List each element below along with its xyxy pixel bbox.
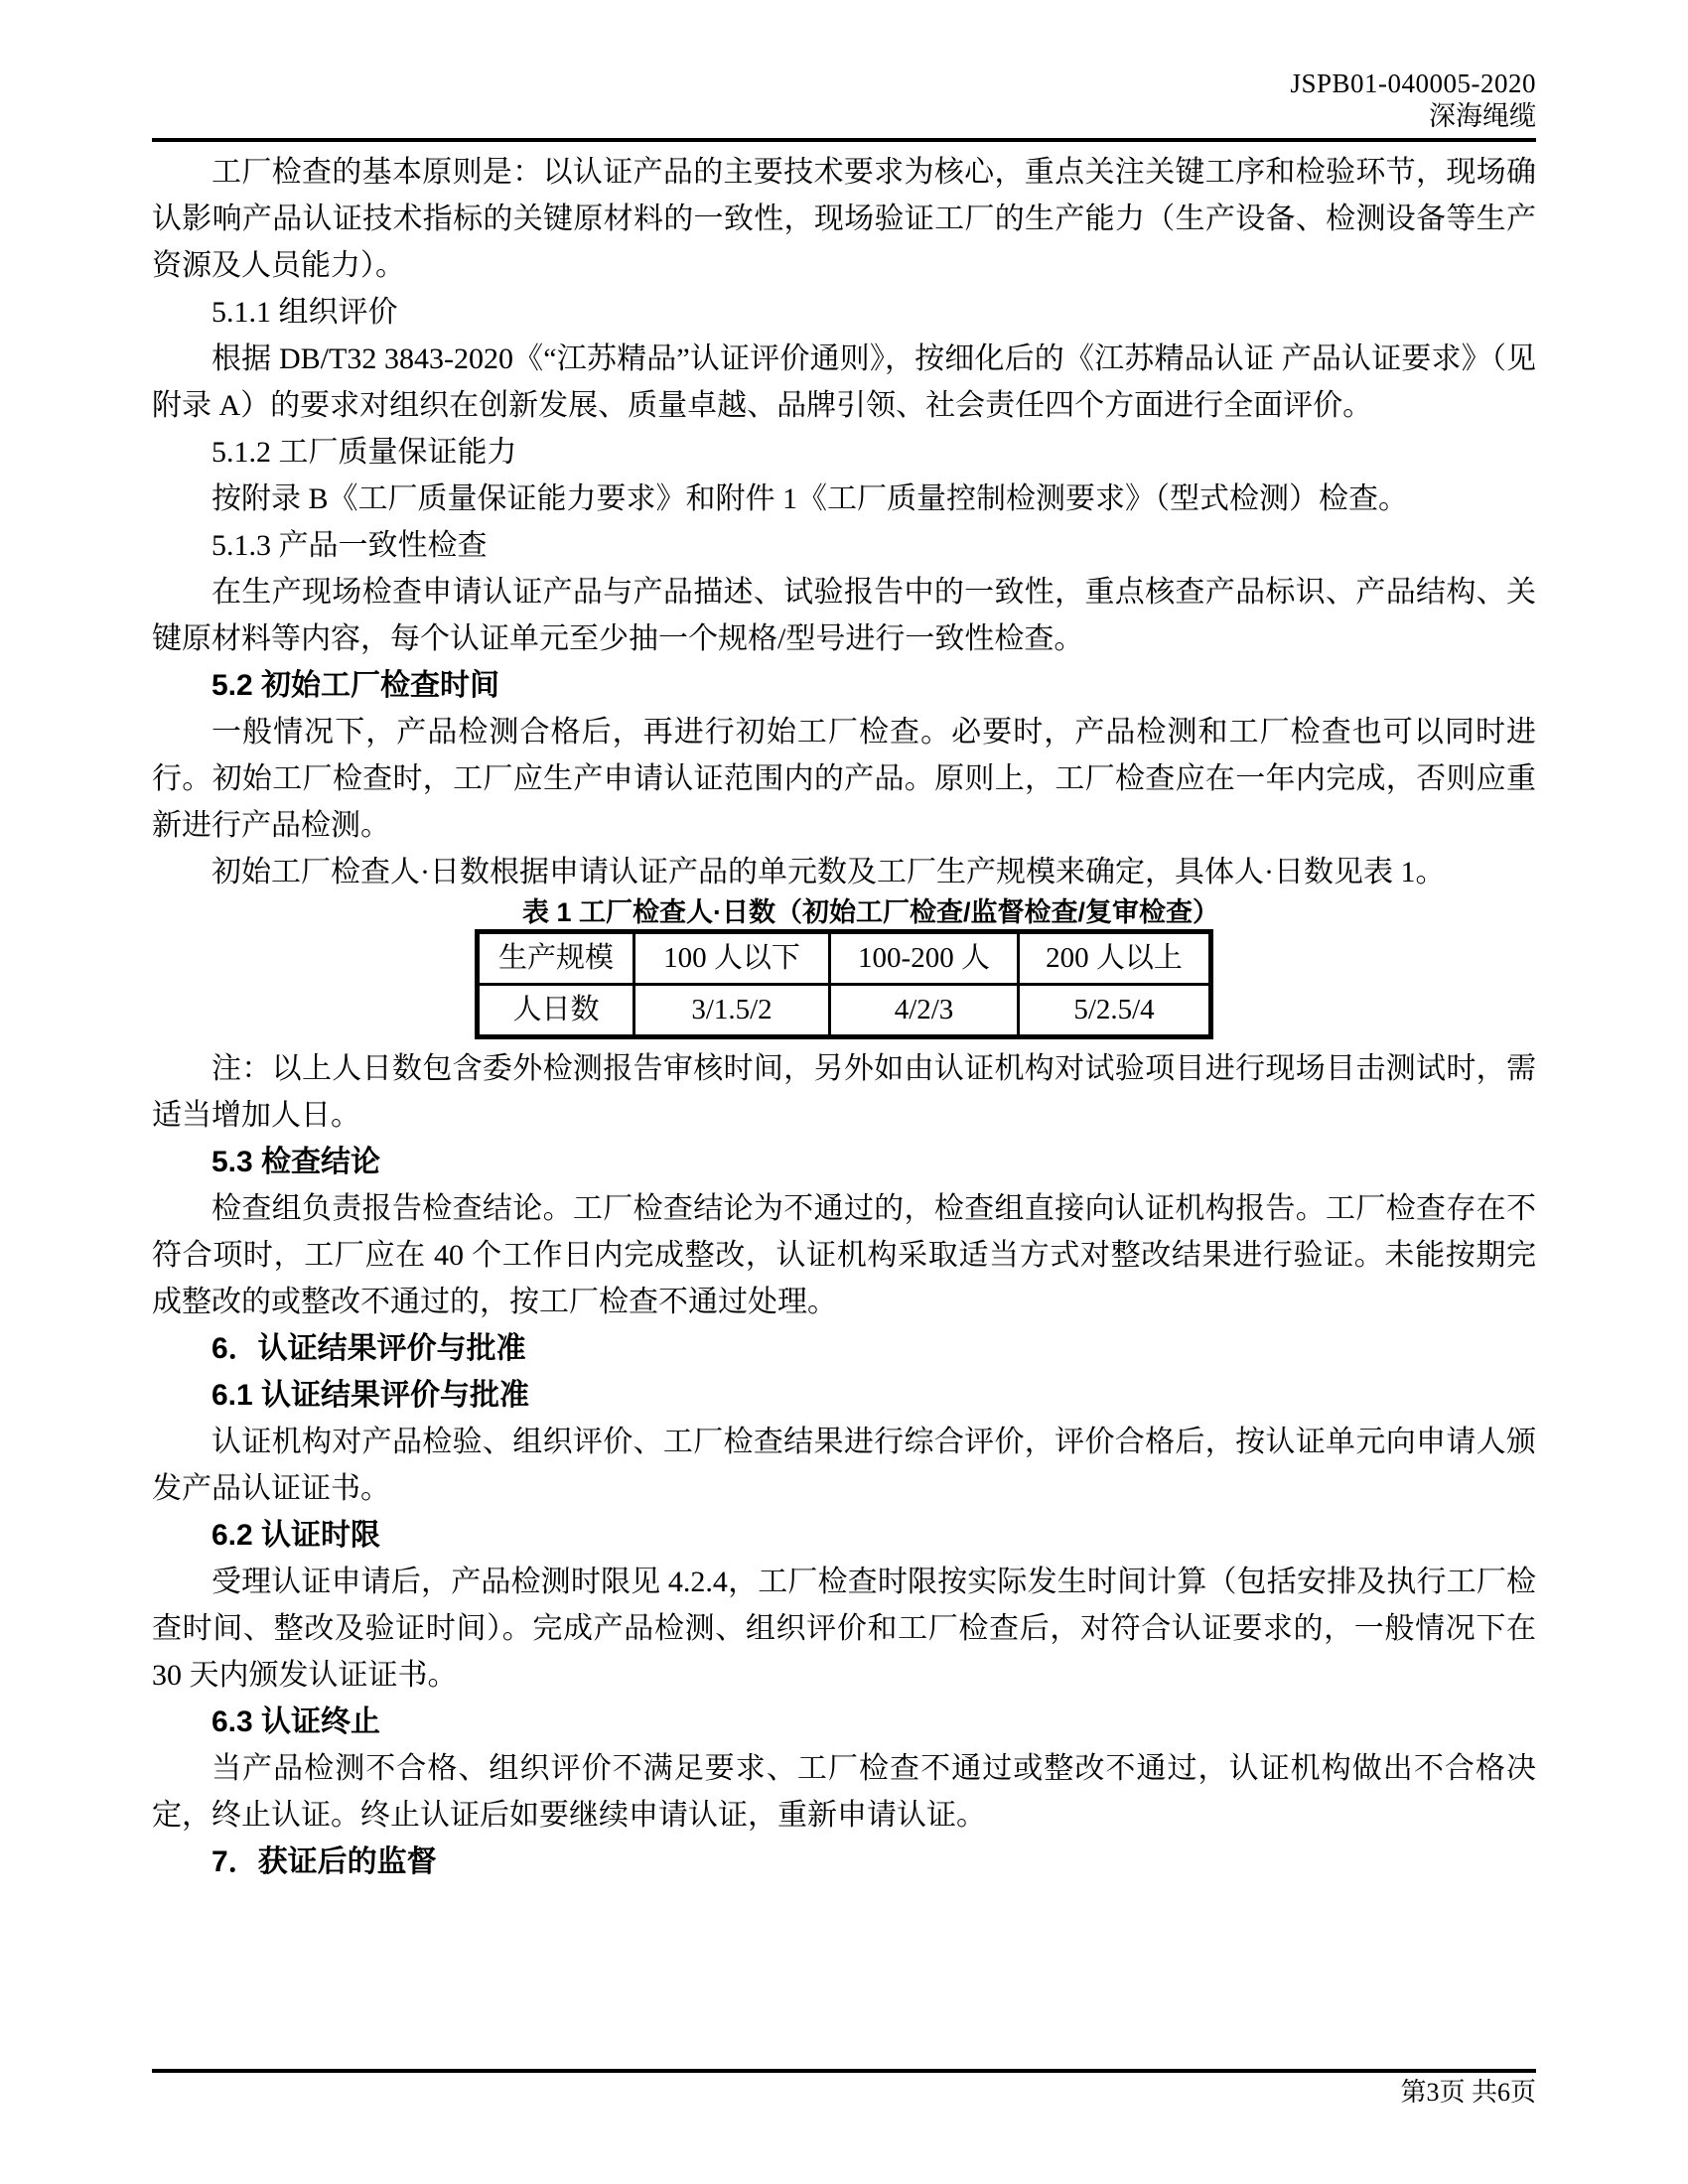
table-cell-over-200: 200 人以上 xyxy=(1019,932,1211,985)
heading-5-3: 5.3 检查结论 xyxy=(152,1139,1536,1185)
header-rule xyxy=(152,138,1536,142)
footer-rule xyxy=(152,2069,1536,2073)
paragraph-certification-time-limit: 受理认证申请后，产品检测时限见 4.2.4，工厂检查时限按实际发生时间计算（包括… xyxy=(152,1559,1536,1699)
heading-5-1-1: 5.1.1 组织评价 xyxy=(152,289,1536,336)
paragraph-certification-termination: 当产品检测不合格、组织评价不满足要求、工厂检查不通过或整改不通过，认证机构做出不… xyxy=(152,1745,1536,1839)
table-row-mandays: 人日数 3/1.5/2 4/2/3 5/2.5/4 xyxy=(478,985,1211,1037)
paragraph-inspection-conclusion: 检查组负责报告检查结论。工厂检查结论为不通过的，检查组直接向认证机构报告。工厂检… xyxy=(152,1185,1536,1325)
document-content: 工厂检查的基本原则是：以认证产品的主要技术要求为核心，重点关注关键工序和检验环节… xyxy=(152,149,1536,1885)
paragraph-organization-evaluation: 根据 DB/T32 3843-2020《“江苏精品”认证评价通则》，按细化后的《… xyxy=(152,336,1536,429)
table-cell-scale-label: 生产规模 xyxy=(478,932,634,985)
table-cell-mandays-label: 人日数 xyxy=(478,985,634,1037)
paragraph-product-consistency: 在生产现场检查申请认证产品与产品描述、试验报告中的一致性，重点核查产品标识、产品… xyxy=(152,569,1536,662)
man-days-table: 生产规模 100 人以下 100-200 人 200 人以上 人日数 3/1.5… xyxy=(475,929,1213,1039)
page-header: JSPB01-040005-2020 深海绳缆 xyxy=(1290,68,1536,133)
paragraph-table-note: 注：以上人日数包含委外检测报告审核时间，另外如由认证机构对试验项目进行现场目击测… xyxy=(152,1045,1536,1139)
heading-6-1: 6.1 认证结果评价与批准 xyxy=(152,1372,1536,1419)
heading-6: 6．认证结果评价与批准 xyxy=(152,1325,1536,1372)
paragraph-factory-inspection-principles: 工厂检查的基本原则是：以认证产品的主要技术要求为核心，重点关注关键工序和检验环节… xyxy=(152,149,1536,289)
doc-product-name: 深海绳缆 xyxy=(1290,100,1536,133)
table-caption: 表 1 工厂检查人·日数（初始工厂检查/监督检查/复审检查） xyxy=(152,895,1536,929)
heading-6-3: 6.3 认证终止 xyxy=(152,1699,1536,1745)
heading-5-1-3: 5.1.3 产品一致性检查 xyxy=(152,522,1536,569)
paragraph-result-evaluation: 认证机构对产品检验、组织评价、工厂检查结果进行综合评价，评价合格后，按认证单元向… xyxy=(152,1419,1536,1512)
document-page: JSPB01-040005-2020 深海绳缆 工厂检查的基本原则是：以认证产品… xyxy=(0,0,1688,2184)
heading-5-1-2: 5.1.2 工厂质量保证能力 xyxy=(152,429,1536,476)
table-row-header: 生产规模 100 人以下 100-200 人 200 人以上 xyxy=(478,932,1211,985)
paragraph-initial-inspection-time: 一般情况下，产品检测合格后，再进行初始工厂检查。必要时，产品检测和工厂检查也可以… xyxy=(152,709,1536,849)
page-number: 第3页 共6页 xyxy=(1400,2077,1536,2109)
heading-6-2: 6.2 认证时限 xyxy=(152,1512,1536,1559)
table-cell-mandays-3: 5/2.5/4 xyxy=(1019,985,1211,1037)
table-cell-100-200: 100-200 人 xyxy=(830,932,1019,985)
table-cell-mandays-2: 4/2/3 xyxy=(830,985,1019,1037)
table-cell-mandays-1: 3/1.5/2 xyxy=(634,985,830,1037)
table-cell-under-100: 100 人以下 xyxy=(634,932,830,985)
heading-5-2: 5.2 初始工厂检查时间 xyxy=(152,662,1536,709)
paragraph-man-days-intro: 初始工厂检查人·日数根据申请认证产品的单元数及工厂生产规模来确定，具体人·日数见… xyxy=(152,849,1536,895)
doc-code: JSPB01-040005-2020 xyxy=(1290,68,1536,100)
heading-7: 7．获证后的监督 xyxy=(152,1839,1536,1885)
paragraph-quality-assurance: 按附录 B《工厂质量保证能力要求》和附件 1《工厂质量控制检测要求》（型式检测）… xyxy=(152,476,1536,522)
